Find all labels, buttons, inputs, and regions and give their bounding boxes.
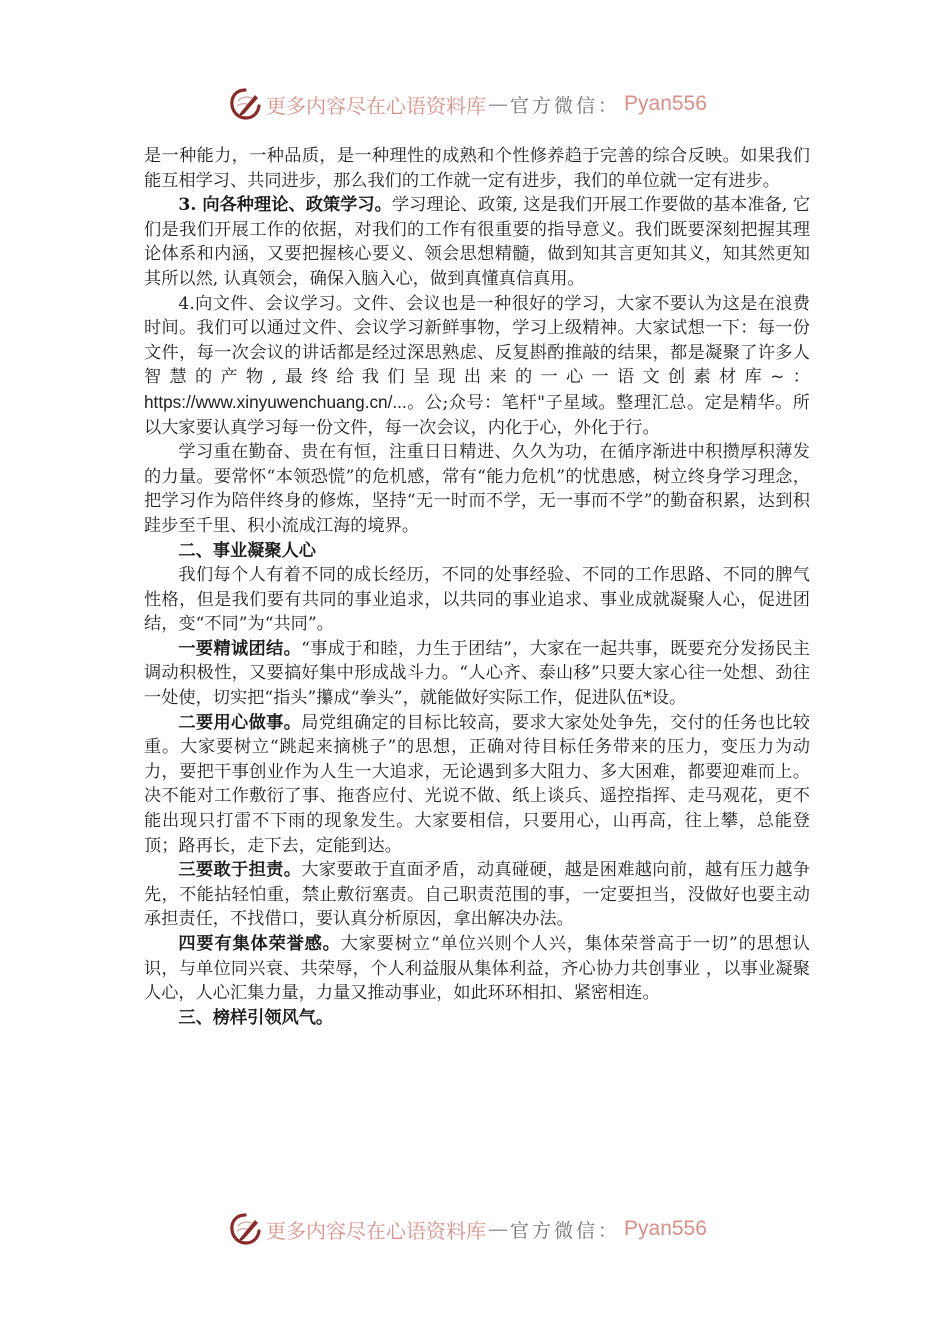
paragraph-documents-meetings-study: 4.向文件、会议学习。文件、会议也是一种很好的学习，大家不要认为这是在浪费时间。…	[144, 292, 810, 441]
paragraph-text: 局党组确定的目标比较高，要求大家处处争先，交付的任务也比较重。大家要树立“跳起来…	[144, 713, 810, 856]
paragraph-continuation: 是一种能力，一种品质，是一种理性的成熟和个性修养趋于完善的综合反映。如果我们能互…	[144, 144, 810, 193]
paragraph-collective-honor: 四要有集体荣誉感。大家要树立“单位兴则个人兴，集体荣誉高于一切”的思想认识，与单…	[144, 932, 810, 1006]
paragraph-text: 学习重在勤奋、贵在有恒，注重日日精进、久久为功，在循序渐进中积攒厚积薄发的力量。…	[144, 442, 810, 536]
paragraph-lead-heading: 一要精诚团结。	[178, 639, 301, 659]
section-heading-2: 二、事业凝聚人心	[144, 539, 810, 564]
banner-main-text: 更多内容尽在心语资料库	[266, 1215, 486, 1244]
banner-dash: —	[488, 1217, 508, 1241]
banner-wechat-label: 官方微信：	[510, 91, 620, 118]
paragraph-career-unity: 我们每个人有着不同的成长经历，不同的处事经验、不同的工作思路、不同的脾气性格，但…	[144, 563, 810, 637]
paragraph-lead-heading: 二要用心做事。	[178, 713, 301, 733]
paragraph-text: 我们每个人有着不同的成长经历，不同的处事经验、不同的工作思路、不同的脾气性格，但…	[144, 565, 810, 634]
paragraph-text: 4.向文件、会议学习。文件、会议也是一种很好的学习，大家不要认为这是在浪费时间。…	[144, 294, 810, 388]
document-body: 是一种能力，一种品质，是一种理性的成熟和个性修养趋于完善的综合反映。如果我们能互…	[144, 144, 810, 1030]
header-banner: 更多内容尽在心语资料库 — 官方微信： Pyan556	[228, 84, 728, 124]
banner-dash: —	[488, 92, 508, 116]
footer-banner: 更多内容尽在心语资料库 — 官方微信： Pyan556	[228, 1209, 728, 1249]
paragraph-lead-heading: 3. 向各种理论、政策学习。	[178, 195, 391, 215]
section-heading-3: 三、榜样引领风气。	[144, 1006, 810, 1031]
url-link[interactable]: https://www.xinyuwenchuang.cn/...	[144, 392, 407, 412]
paragraph-lead-heading: 三要敢于担责。	[178, 860, 301, 880]
section-heading-text: 二、事业凝聚人心	[178, 541, 316, 561]
banner-wechat-id: Pyan556	[624, 1217, 707, 1241]
paragraph-study-diligence: 学习重在勤奋、贵在有恒，注重日日精进、久久为功，在循序渐进中积攒厚积薄发的力量。…	[144, 440, 810, 538]
banner-wechat-label: 官方微信：	[510, 1216, 620, 1243]
paragraph-responsibility: 三要敢于担责。大家要敢于直面矛盾，动真碰硬，越是困难越向前，越有压力越争先，不能…	[144, 858, 810, 932]
paragraph-diligent-work: 二要用心做事。局党组确定的目标比较高，要求大家处处争先，交付的任务也比较重。大家…	[144, 711, 810, 859]
paragraph-theory-policy-study: 3. 向各种理论、政策学习。学习理论、政策, 这是我们开展工作要做的基本准备, …	[144, 193, 810, 291]
paragraph-unity: 一要精诚团结。“事成于和睦，力生于团结”，大家在一起共事，既要充分发扬民主调动积…	[144, 637, 810, 711]
paragraph-lead-heading: 四要有集体荣誉感。	[178, 934, 340, 954]
banner-wechat-id: Pyan556	[624, 92, 707, 116]
quill-pen-logo-icon	[228, 87, 262, 121]
paragraph-text: 是一种能力，一种品质，是一种理性的成熟和个性修养趋于完善的综合反映。如果我们能互…	[144, 146, 810, 191]
banner-main-text: 更多内容尽在心语资料库	[266, 90, 486, 119]
quill-pen-logo-icon	[228, 1212, 262, 1246]
section-heading-text: 三、榜样引领风气。	[178, 1008, 333, 1028]
